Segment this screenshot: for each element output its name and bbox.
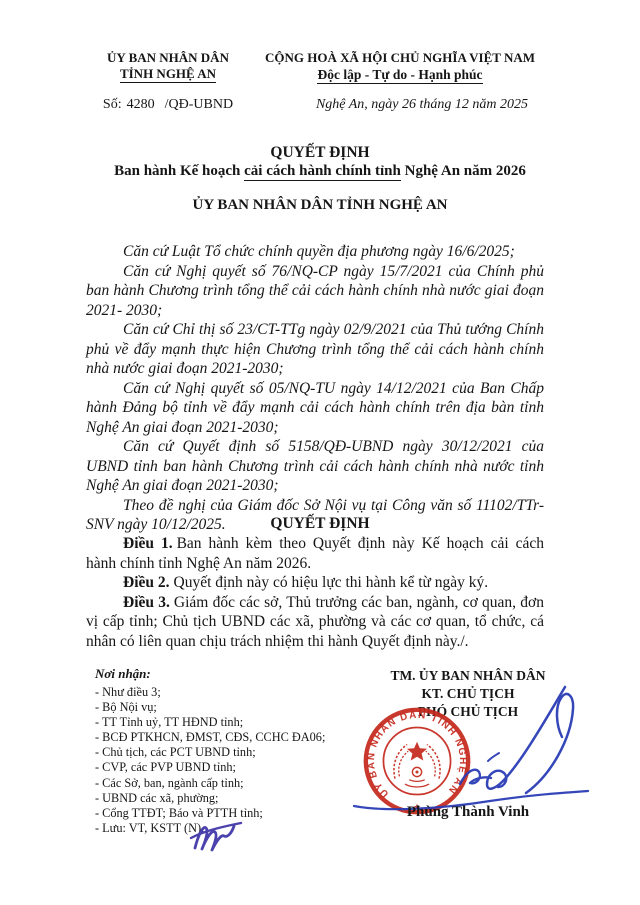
recipient-item: - Các Sở, ban, ngành cấp tỉnh; [95,776,335,791]
preamble-clause: Căn cứ Nghị quyết số 05/NQ-TU ngày 14/12… [86,379,544,438]
signature-accent-stroke [488,753,499,761]
document-number-suffix: /QĐ-UBND [165,97,233,112]
preamble: Căn cứ Luật Tổ chức chính quyền địa phươ… [86,242,544,535]
national-motto-line1: CỘNG HOÀ XÃ HỘI CHỦ NGHĨA VIỆT NAM [250,50,550,66]
signer-name: Phùng Thành Vinh [330,804,606,821]
national-header-block: CỘNG HOÀ XÃ HỘI CHỦ NGHĨA VIỆT NAM Độc l… [250,50,550,84]
recipient-item: - Chủ tịch, các PCT UBND tỉnh; [95,745,335,760]
article-2-text: Quyết định này có hiệu lực thi hành kể t… [174,574,489,591]
recipient-item: - Như điều 3; [95,685,335,700]
preamble-clause: Căn cứ Nghị quyết số 76/NQ-CP ngày 15/7/… [86,262,544,321]
document-number-value: 4280 [127,97,155,112]
document-subject: Ban hành Kế hoạch cải cách hành chính tỉ… [0,163,640,180]
recipients-label: Nơi nhận: [95,666,335,682]
document-type-heading: QUYẾT ĐỊNH [0,144,640,162]
preamble-clause: Căn cứ Quyết định số 5158/QĐ-UBND ngày 3… [86,437,544,496]
signature-main-stroke [487,687,565,789]
recipient-item: - Bộ Nội vụ; [95,700,335,715]
subject-post: Nghệ An năm 2026 [401,163,526,179]
decision-heading: QUYẾT ĐỊNH [0,515,640,533]
national-motto-line2: Độc lập - Tự do - Hạnh phúc [317,67,482,85]
subject-pre: Ban hành Kế hoạch [114,163,244,179]
article-3: Điều 3.Giám đốc các sở, Thủ trưởng các b… [86,593,544,652]
articles: Điều 1.Ban hành kèm theo Quyết định này … [86,534,544,652]
handwritten-signature [340,675,600,815]
recipient-item: - CVP, các PVP UBND tỉnh; [95,760,335,775]
article-2-label: Điều 2. [123,574,170,591]
recipient-item: - TT Tỉnh uỷ, TT HĐND tỉnh; [95,715,335,730]
recipient-item: - UBND các xã, phường; [95,791,335,806]
article-1: Điều 1.Ban hành kèm theo Quyết định này … [86,534,544,573]
subject-underlined: cải cách hành chính tỉnh [244,163,401,181]
signature-tall-loop-stroke [526,694,573,793]
preamble-clause: Căn cứ Chỉ thị số 23/CT-TTg ngày 02/9/20… [86,320,544,379]
article-1-label: Điều 1. [123,535,173,552]
preamble-clause: Căn cứ Luật Tổ chức chính quyền địa phươ… [86,242,544,262]
issuing-authority-block: ỦY BAN NHÂN DÂN TỈNH NGHỆ AN [68,50,268,83]
clerk-initial-mark [188,812,244,858]
recipients-block: Nơi nhận: - Như điều 3; - Bộ Nội vụ; - T… [95,666,335,836]
document-page: ỦY BAN NHÂN DÂN TỈNH NGHỆ AN Số:4280/QĐ-… [0,0,640,905]
recipient-item: - BCĐ PTKHCN, ĐMST, CĐS, CCHC ĐA06; [95,730,335,745]
place-date-line: Nghệ An, ngày 26 tháng 12 năm 2025 [272,97,572,113]
document-number-label: Số: [103,97,122,112]
issuing-authority-line2: TỈNH NGHỆ AN [120,66,216,84]
article-3-label: Điều 3. [123,594,170,611]
deciding-authority-heading: ỦY BAN NHÂN DÂN TỈNH NGHỆ AN [0,197,640,214]
issuing-authority-line1: ỦY BAN NHÂN DÂN [68,50,268,66]
document-number-line: Số:4280/QĐ-UBND [68,97,268,113]
article-2: Điều 2.Quyết định này có hiệu lực thi hà… [86,573,544,593]
